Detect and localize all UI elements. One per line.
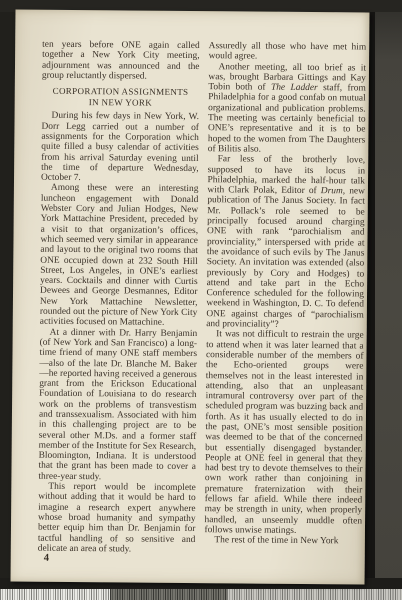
paragraph-text: staff, from Philadelphia for a good conf… bbox=[208, 83, 366, 154]
ruler-segment bbox=[110, 589, 227, 600]
paragraph: Another meeting, all too brief as it was… bbox=[208, 62, 366, 156]
left-column: ten years before ONE again called togeth… bbox=[38, 40, 200, 555]
italic-title-the-ladder: The Ladder bbox=[271, 83, 318, 93]
page-content: ten years before ONE again called togeth… bbox=[38, 40, 366, 557]
page-number: 4 bbox=[44, 553, 49, 564]
paragraph: This report would be incomplete without … bbox=[38, 482, 196, 555]
book-fore-edge bbox=[372, 0, 402, 600]
paragraph: Far less of the brotherly love, supposed… bbox=[206, 154, 365, 330]
ruler-segment bbox=[227, 589, 402, 600]
scanned-page-view: ten years before ONE again called togeth… bbox=[0, 0, 402, 600]
section-heading: CORPORATION ASSIGNMENTS IN NEW YORK bbox=[42, 86, 200, 109]
paragraph: During his few days in New York, W. Dorr… bbox=[41, 111, 199, 184]
paragraph: Among these were an interesting luncheon… bbox=[40, 183, 199, 329]
paragraph: The rest of the time in New York bbox=[204, 535, 362, 547]
paragraph: It was not difficult to restrain the urg… bbox=[204, 329, 363, 536]
section-heading-line2: IN NEW YORK bbox=[42, 96, 200, 108]
italic-title-drum: Drum bbox=[321, 186, 343, 196]
scanner-ruler bbox=[0, 589, 402, 600]
paragraph: ten years before ONE again called togeth… bbox=[42, 40, 200, 83]
section-heading-line1: CORPORATION ASSIGNMENTS bbox=[42, 86, 200, 98]
magazine-page: ten years before ONE again called togeth… bbox=[11, 9, 370, 584]
paragraph-text: , new publication of The Janus Society. … bbox=[206, 186, 365, 329]
paragraph: At a dinner with Dr. Harry Benjamin (of … bbox=[38, 327, 197, 483]
paragraph: Assuredly all those who have met him wou… bbox=[209, 41, 367, 63]
right-column: Assuredly all those who have met him wou… bbox=[204, 41, 366, 556]
ruler-segment bbox=[0, 589, 110, 600]
